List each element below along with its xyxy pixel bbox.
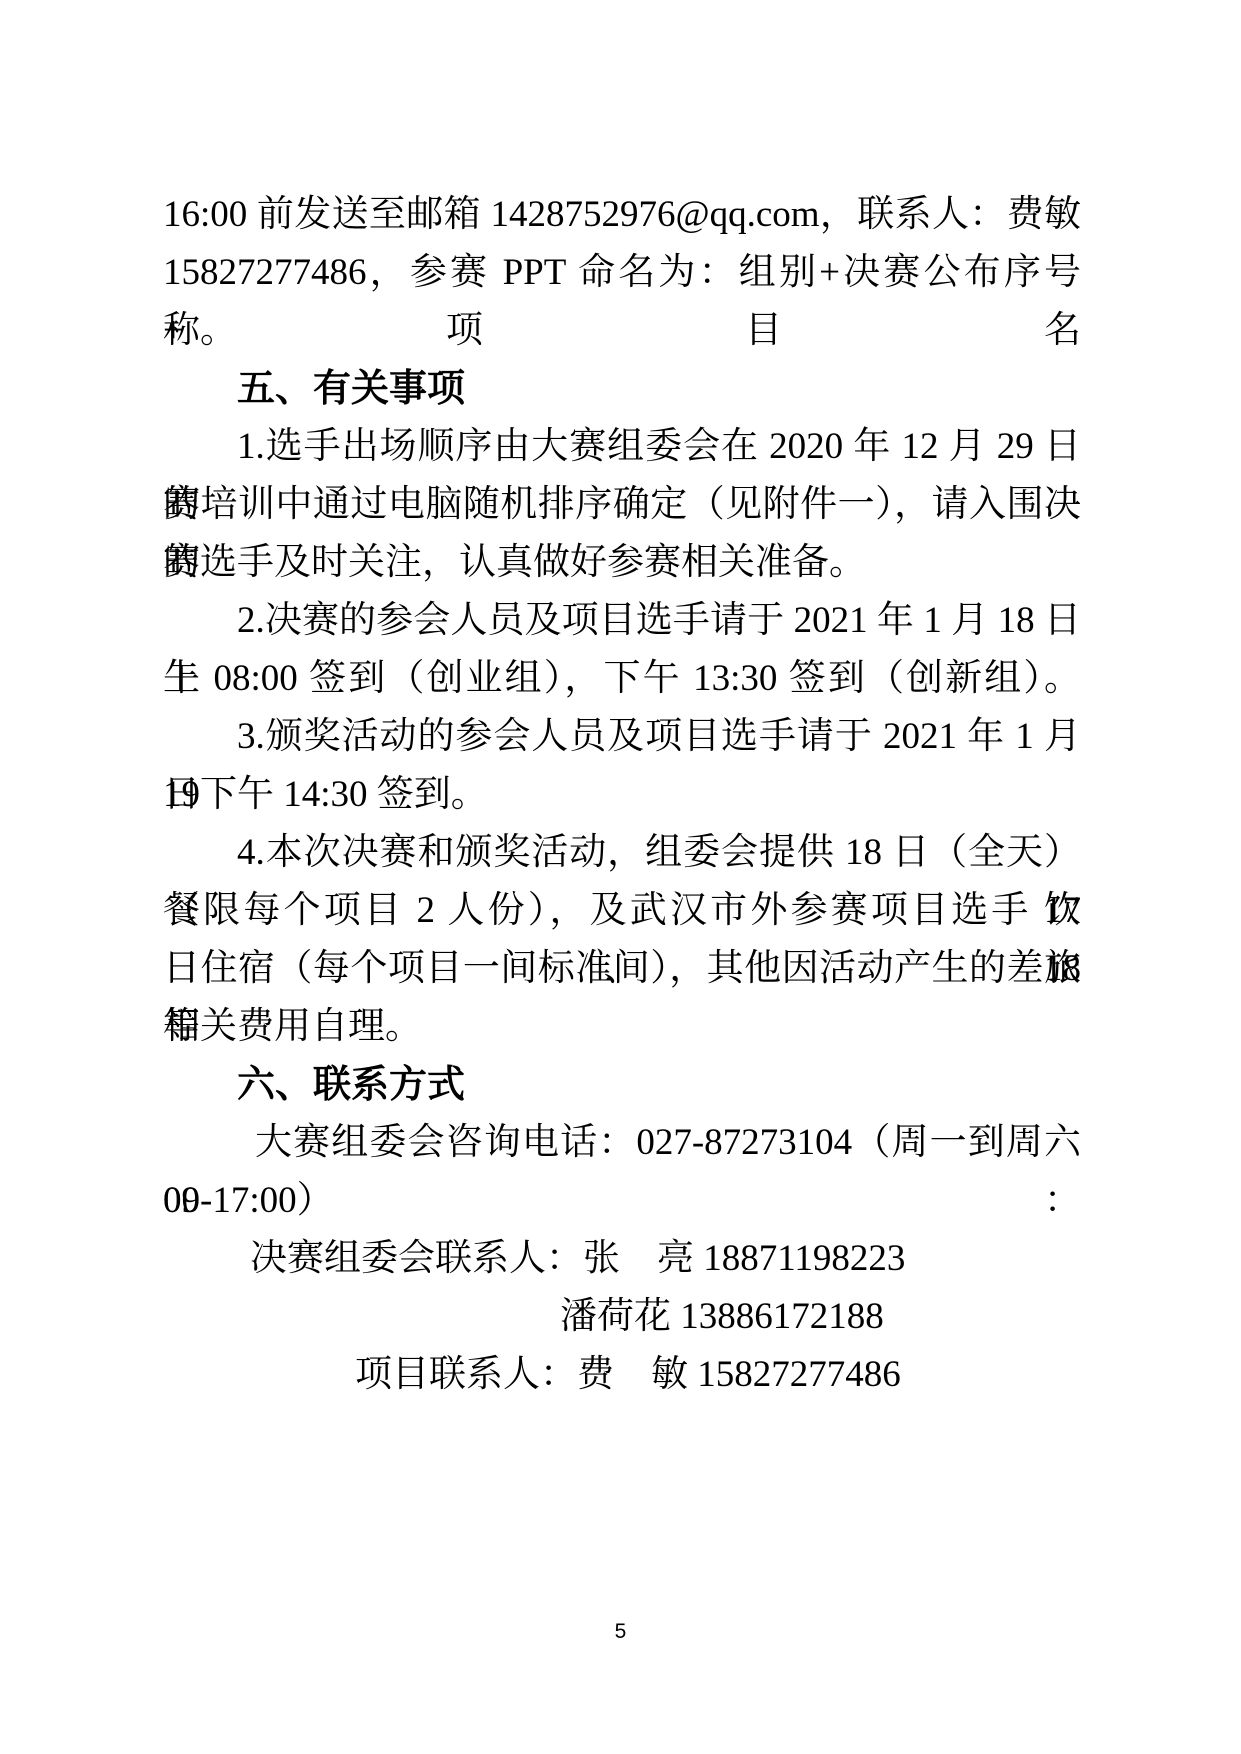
paragraph-line: 16:00 前发送至邮箱 1428752976@qq.com，联系人：费敏 [163,186,1081,244]
paragraph-line: 的选手及时关注，认真做好参赛相关准备。 [163,534,1081,592]
paragraph-line: 大赛组委会咨询电话：027-87273104（周一到周六 09： [163,1114,1081,1172]
paragraph-line: 1.选手出场顺序由大赛组委会在 2020 年 12 月 29 日的决 [163,418,1081,476]
document-body: 16:00 前发送至邮箱 1428752976@qq.com，联系人：费敏 15… [163,186,1081,1404]
paragraph-line: （限每个项目 2 人份），及武汉市外参赛项目选手 17 日、18 [163,882,1081,940]
paragraph-line: 赛培训中通过电脑随机排序确定（见附件一），请入围决赛 [163,476,1081,534]
paragraph-line: 日住宿（每个项目一间标准间），其他因活动产生的差旅等 [163,940,1081,998]
paragraph-line: 2.决赛的参会人员及项目选手请于 2021 年 1 月 18 日上 [163,592,1081,650]
section-heading-5: 五、有关事项 [163,360,1081,418]
paragraph-line: 3.颁奖活动的参会人员及项目选手请于 2021 年 1 月 19 [163,708,1081,766]
paragraph-line: 4.本次决赛和颁奖活动，组委会提供 18 日（全天）餐饮 [163,824,1081,882]
paragraph-line: 午 08:00 签到（创业组），下午 13:30 签到（创新组）。 [163,650,1081,708]
paragraph-line: 相关费用自理。 [163,998,1081,1056]
page-number: 5 [0,1620,1241,1644]
contact-line-project: 项目联系人：费 敏 15827277486 [163,1346,1081,1404]
document-page: 16:00 前发送至邮箱 1428752976@qq.com，联系人：费敏 15… [0,0,1241,1754]
contact-line-final-committee: 决赛组委会联系人：张 亮 18871198223 [163,1230,1081,1288]
paragraph-line: 15827277486，参赛 PPT 命名为：组别+决赛公布序号+项目名 [163,244,1081,302]
paragraph-line: 日下午 14:30 签到。 [163,766,1081,824]
section-heading-6: 六、联系方式 [163,1056,1081,1114]
contact-line-second-person: 潘荷花 13886172188 [163,1288,1081,1346]
